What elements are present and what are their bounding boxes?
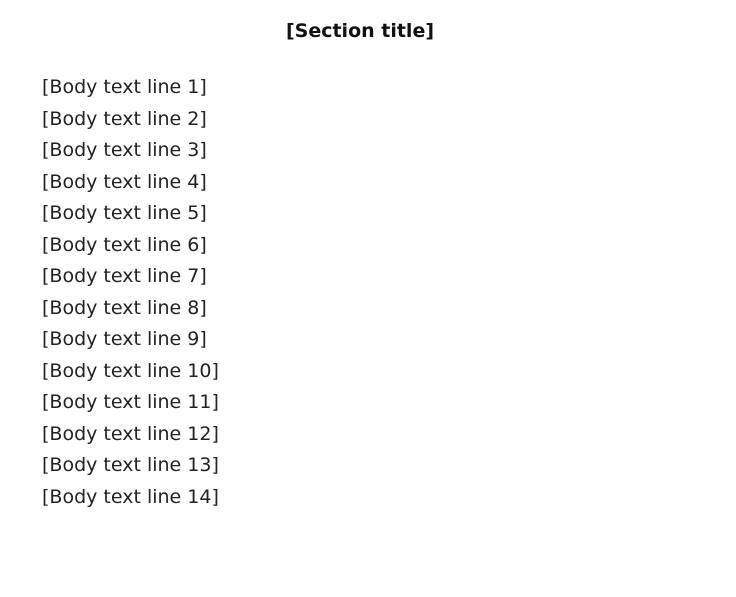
text-line: [Body text line 3] — [42, 135, 662, 167]
text-line: [Body text line 12] — [42, 419, 662, 451]
text-line: [Body text line 14] — [42, 482, 662, 514]
text-line: [Body text line 11] — [42, 387, 662, 419]
text-line: [Body text line 7] — [42, 261, 662, 293]
text-line: [Body text line 5] — [42, 198, 662, 230]
section-title: [Section title] — [0, 16, 720, 46]
text-line: [Body text line 9] — [42, 324, 662, 356]
text-line: [Body text line 13] — [42, 450, 662, 482]
text-line: [Body text line 4] — [42, 167, 662, 199]
document-page: [Section title] [Body text line 1] [Body… — [0, 0, 736, 597]
text-line: [Body text line 1] — [42, 72, 662, 104]
text-line: [Body text line 6] — [42, 230, 662, 262]
text-line: [Body text line 10] — [42, 356, 662, 388]
text-line: [Body text line 8] — [42, 293, 662, 325]
text-line: [Body text line 2] — [42, 104, 662, 136]
body-paragraph: [Body text line 1] [Body text line 2] [B… — [42, 72, 662, 513]
